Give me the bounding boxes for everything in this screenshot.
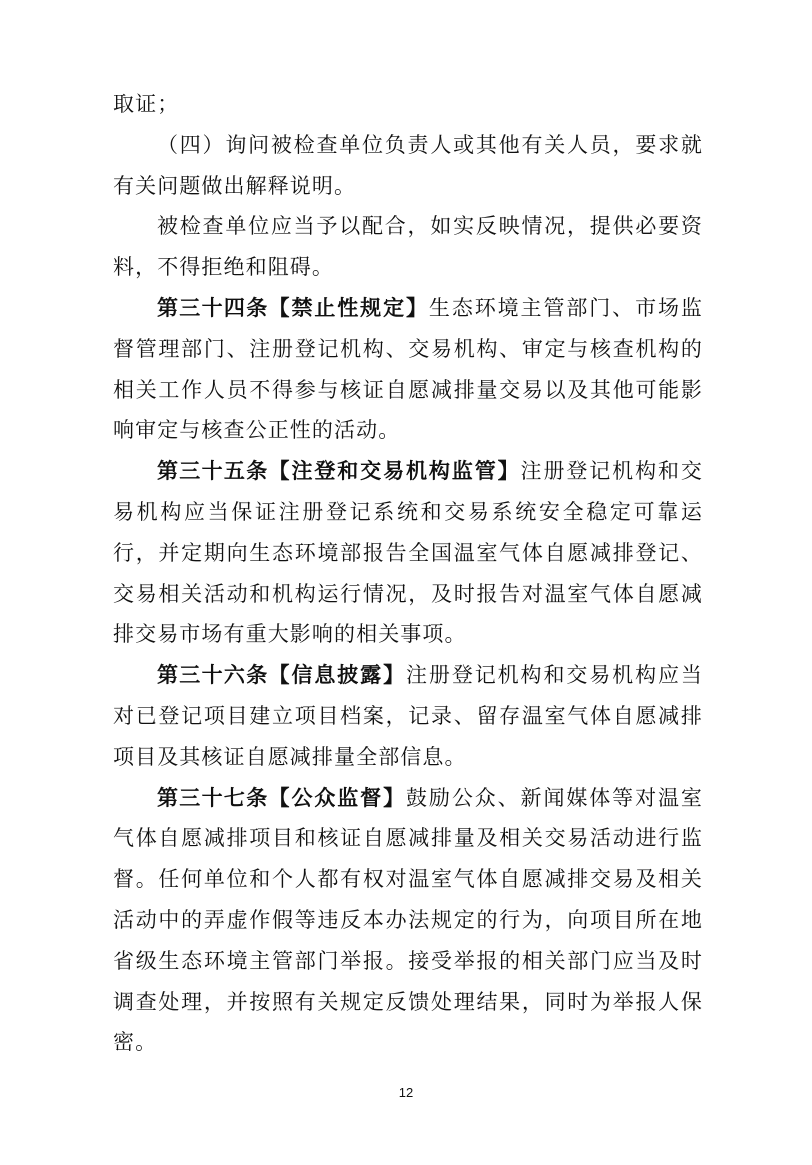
paragraph-evidence-continuation: 取证；	[113, 84, 703, 125]
article-title: 【公众监督】	[269, 785, 406, 810]
paragraph-item-four: （四）询问被检查单位负责人或其他有关人员，要求就有关问题做出解释说明。	[113, 125, 703, 207]
article-number: 第三十五条	[157, 459, 269, 483]
article-34: 第三十四条【禁止性规定】生态环境主管部门、市场监督管理部门、注册登记机构、交易机…	[113, 288, 703, 451]
article-number: 第三十七条	[157, 786, 269, 810]
article-36: 第三十六条【信息披露】注册登记机构和交易机构应当对已登记项目建立项目档案，记录、…	[113, 655, 703, 777]
article-37: 第三十七条【公众监督】鼓励公众、新闻媒体等对温室气体自愿减排项目和核证自愿减排量…	[113, 778, 703, 1064]
document-body: 取证； （四）询问被检查单位负责人或其他有关人员，要求就有关问题做出解释说明。 …	[113, 84, 703, 1063]
article-body: 注册登记机构和交易机构应当保证注册登记系统和交易系统安全稳定可靠运行，并定期向生…	[113, 459, 703, 646]
paragraph-cooperation: 被检查单位应当予以配合，如实反映情况，提供必要资料，不得拒绝和阻碍。	[113, 206, 703, 288]
article-number: 第三十四条	[157, 296, 269, 320]
page-number: 12	[0, 1085, 812, 1100]
article-number: 第三十六条	[157, 663, 269, 687]
article-title: 【禁止性规定】	[269, 295, 429, 320]
document-page: 取证； （四）询问被检查单位负责人或其他有关人员，要求就有关问题做出解释说明。 …	[0, 0, 812, 1165]
article-body: 鼓励公众、新闻媒体等对温室气体自愿减排项目和核证自愿减排量及相关交易活动进行监督…	[113, 786, 703, 1055]
article-35: 第三十五条【注登和交易机构监管】注册登记机构和交易机构应当保证注册登记系统和交易…	[113, 451, 703, 655]
article-title: 【信息披露】	[269, 662, 406, 687]
article-title: 【注登和交易机构监管】	[269, 458, 521, 483]
